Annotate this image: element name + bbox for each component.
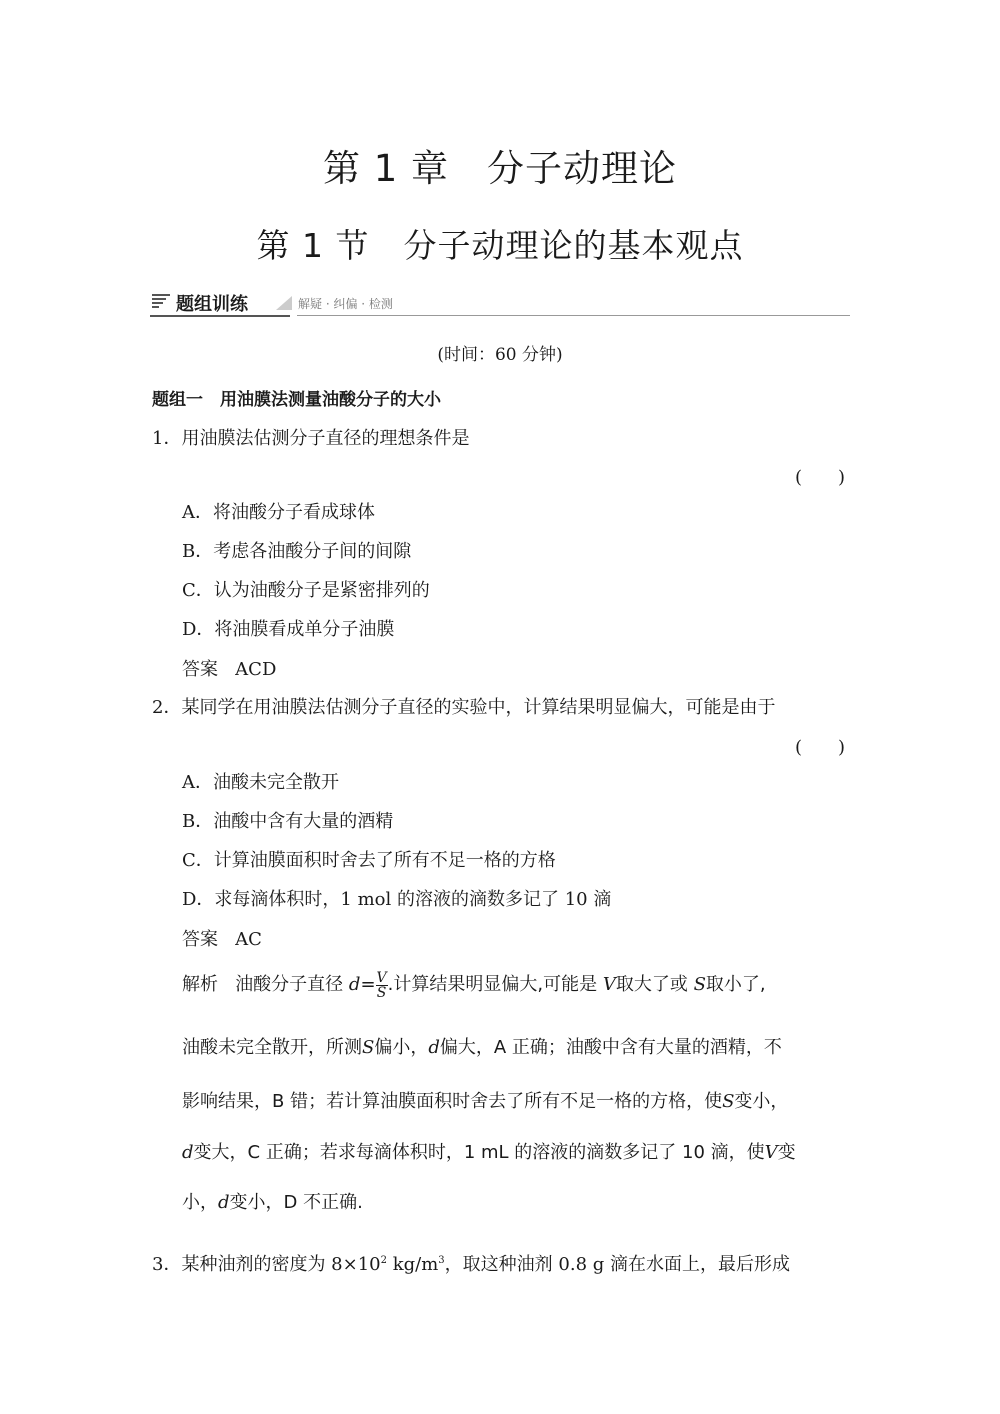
stairs-icon [276, 296, 292, 310]
divider [297, 315, 850, 316]
explanation-line-2: 油酸未完全散开，所测S偏小，d偏大，A 正确；油酸中含有大量的酒精，不 [182, 1033, 782, 1059]
answer-value: AC [235, 929, 262, 950]
option-b: B．油酸中含有大量的酒精 [182, 807, 393, 833]
banner-title: 题组训练 [176, 290, 248, 316]
explanation-line-1: 解析 油酸分子直径 d=VS.计算结果明显偏大,可能是 V取大了或 S取小了, [182, 970, 766, 1000]
divider [150, 315, 290, 317]
option-a: A．将油酸分子看成球体 [182, 498, 375, 524]
answer-blank: ( ) [795, 733, 845, 759]
fraction: VS [376, 971, 388, 1000]
chapter-title: 第 1 章 分子动理论 [0, 138, 1000, 192]
lines-icon [152, 294, 170, 310]
answer-blank: ( ) [795, 463, 845, 489]
answer-label: 答案 [182, 659, 218, 680]
question-2-stem: 2．某同学在用油膜法估测分子直径的实验中，计算结果明显偏大，可能是由于 [152, 693, 775, 719]
option-b: B．考虑各油酸分子间的间隙 [182, 537, 411, 563]
option-a: A．油酸未完全散开 [182, 768, 339, 794]
time-limit: (时间：60 分钟) [0, 340, 1000, 365]
banner-subtitle: 解疑 · 纠偏 · 检测 [298, 295, 393, 312]
section-banner: 题组训练 解疑 · 纠偏 · 检测 [150, 290, 850, 320]
option-c: C．计算油膜面积时舍去了所有不足一格的方格 [182, 846, 556, 872]
answer-value: ACD [235, 659, 276, 680]
question-3-stem: 3．某种油剂的密度为 8×102 kg/m3，取这种油剂 0.8 g 滴在水面上… [152, 1250, 790, 1276]
explanation-line-4: d变大，C 正确；若求每滴体积时，1 mL 的溶液的滴数多记了 10 滴，使V变 [182, 1138, 796, 1164]
answer-2: 答案 AC [182, 925, 262, 951]
answer-label: 答案 [182, 929, 218, 950]
group-title: 题组一 用油膜法测量油酸分子的大小 [152, 385, 441, 410]
option-d: D．求每滴体积时，1 mol 的溶液的滴数多记了 10 滴 [182, 885, 611, 911]
option-d: D．将油膜看成单分子油膜 [182, 615, 394, 641]
question-1-stem: 1．用油膜法估测分子直径的理想条件是 [152, 424, 469, 450]
explanation-line-5: 小，d变小，D 不正确. [182, 1188, 363, 1214]
option-c: C．认为油酸分子是紧密排列的 [182, 576, 430, 602]
explanation-line-3: 影响结果，B 错；若计算油膜面积时舍去了所有不足一格的方格，使S变小， [182, 1087, 788, 1113]
answer-1: 答案 ACD [182, 655, 276, 681]
section-title: 第 1 节 分子动理论的基本观点 [0, 220, 1000, 267]
